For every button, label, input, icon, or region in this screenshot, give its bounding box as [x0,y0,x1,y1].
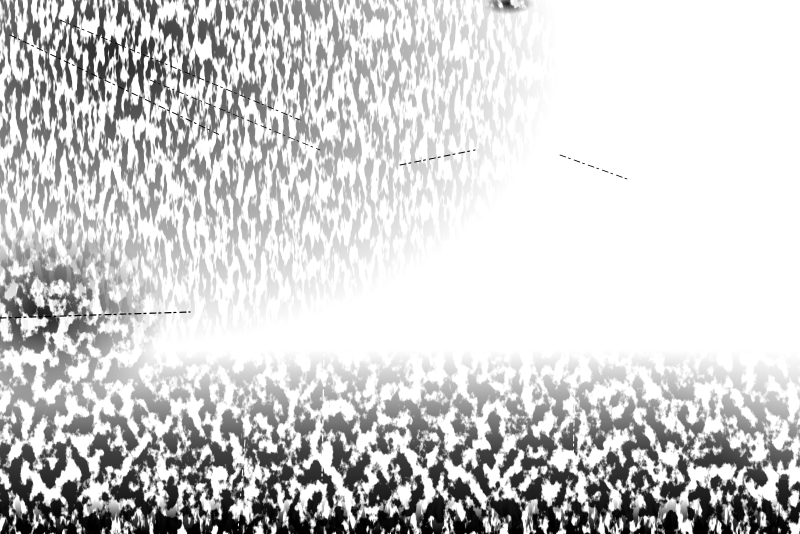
white-fade-region [500,60,800,480]
texture-canvas [0,0,800,534]
